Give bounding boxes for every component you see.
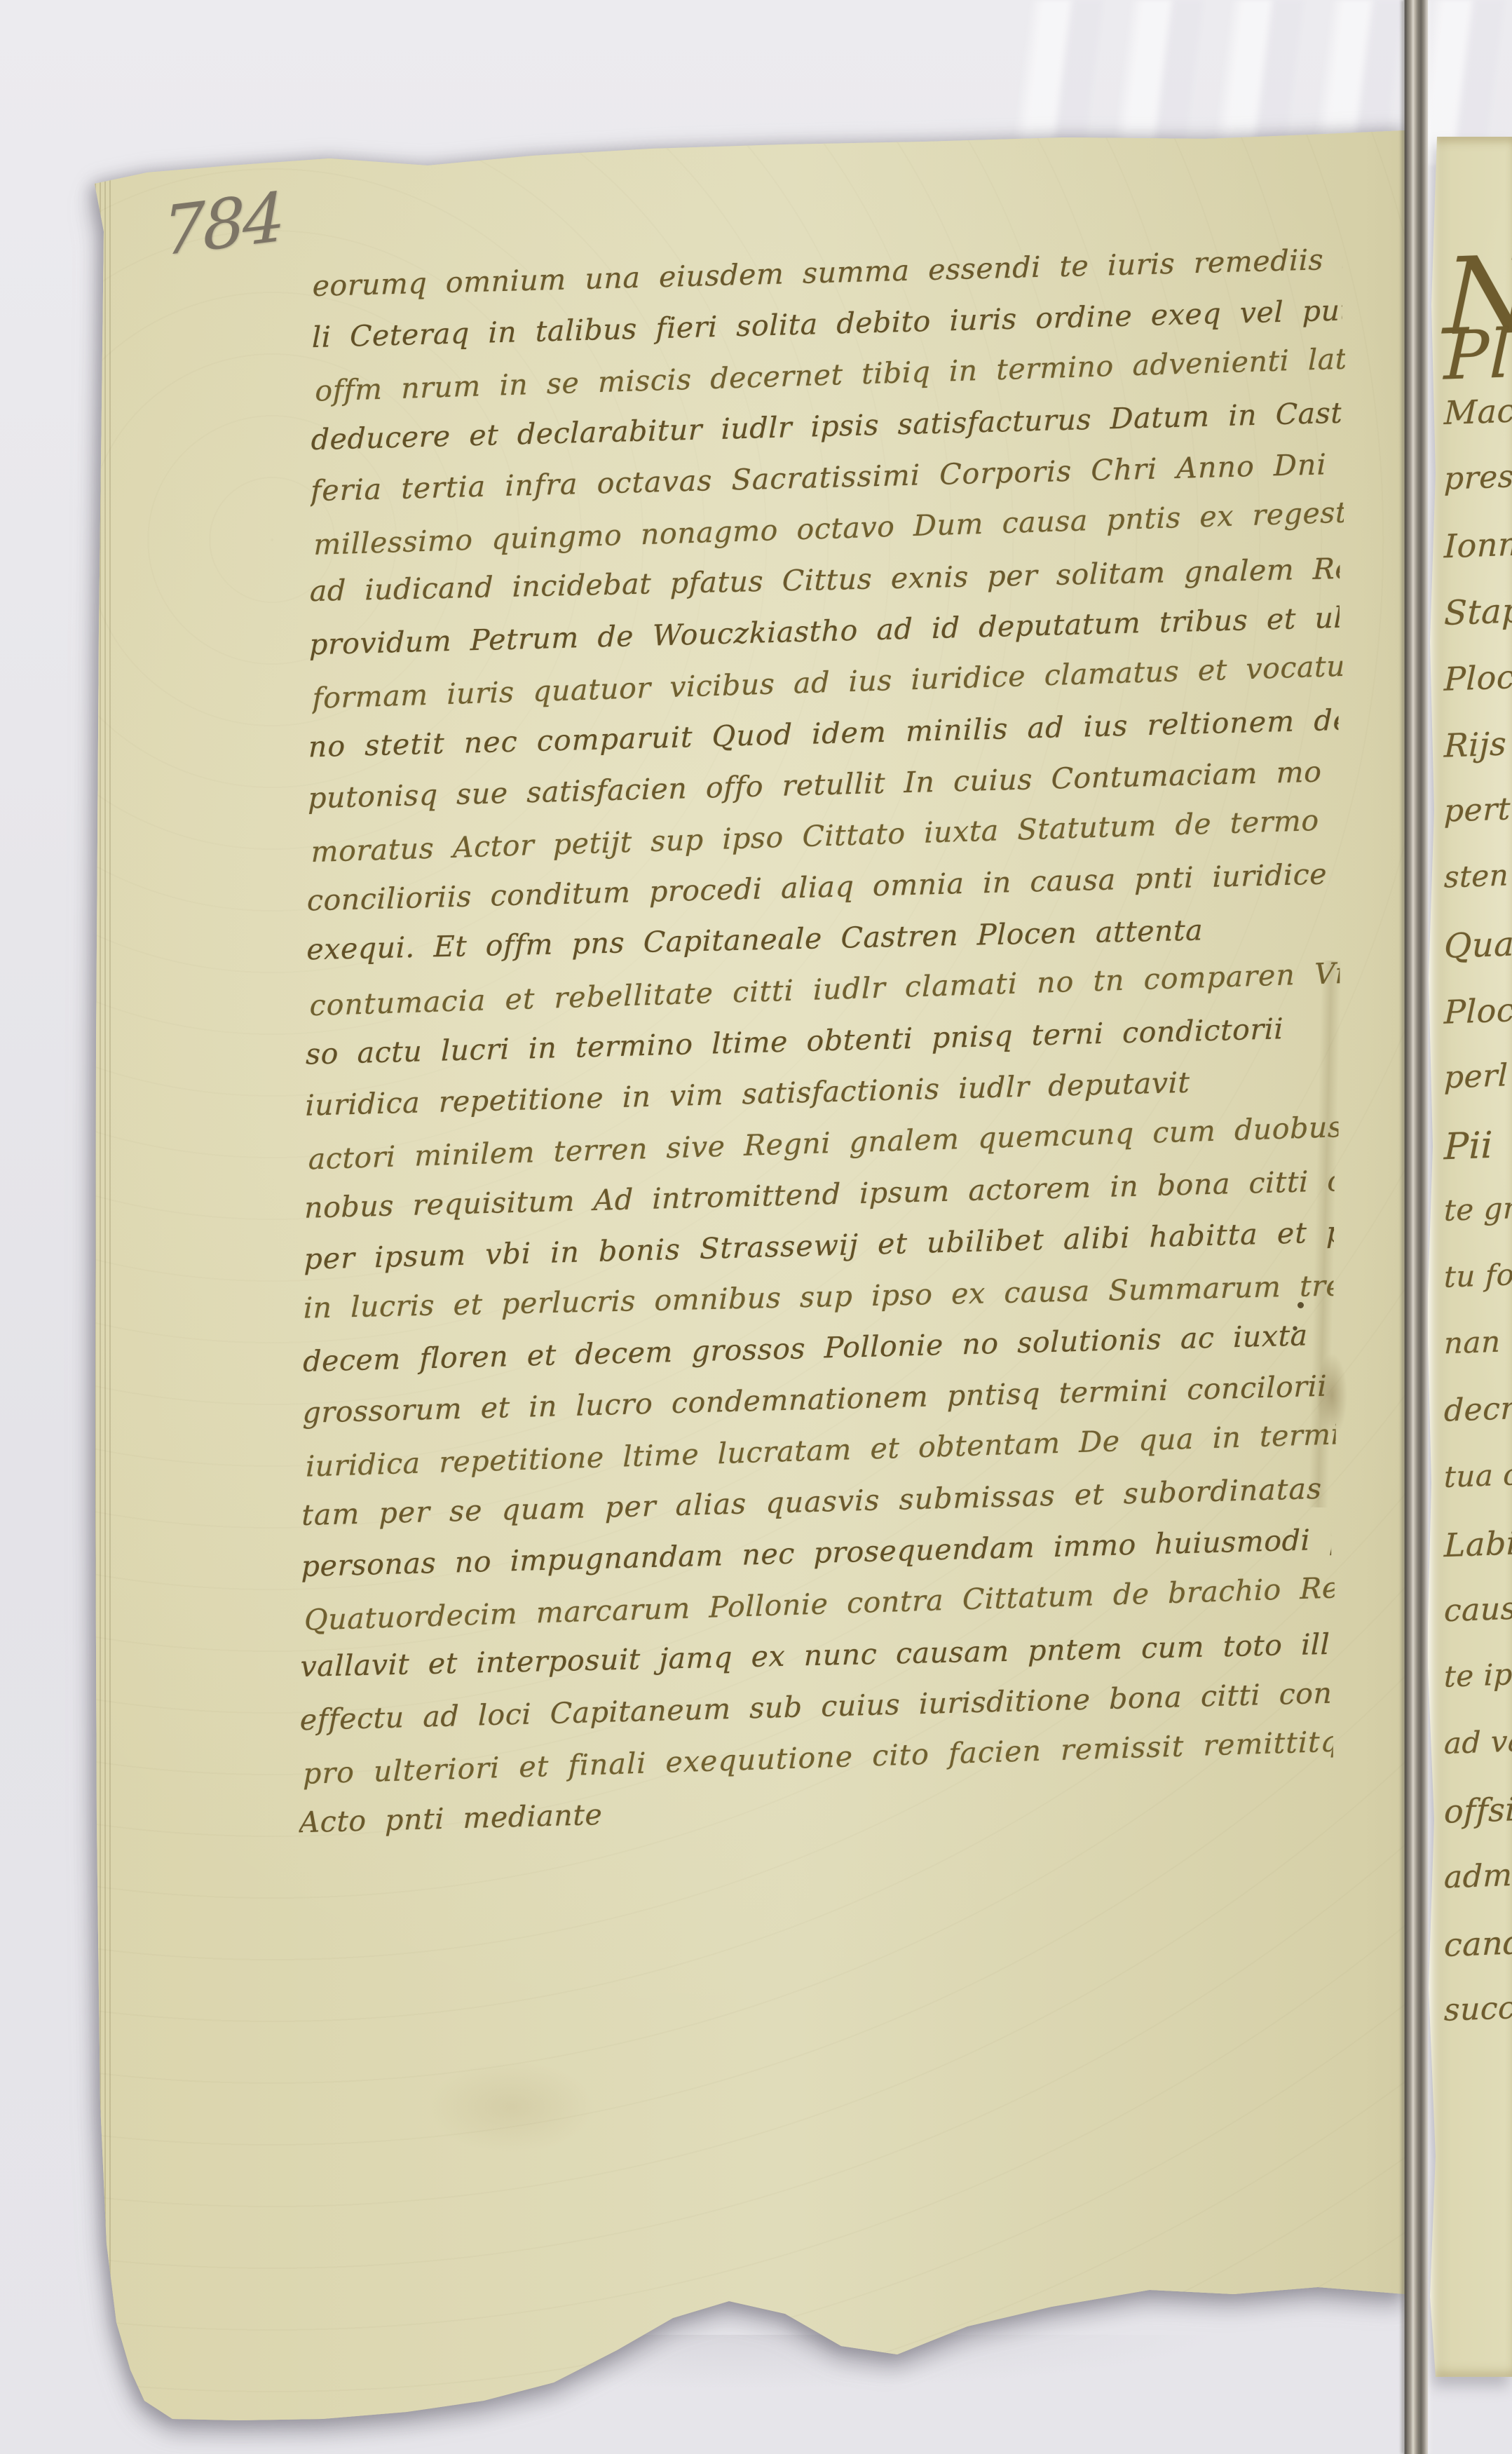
manuscript-line-fragment: Labil	[1444, 1524, 1512, 1564]
archival-photograph: 784 eorumq omnium una eiusdem summa esse…	[0, 0, 1512, 2454]
manuscript-line-fragment: Ploc	[1444, 658, 1512, 698]
manuscript-line-fragment: presen	[1444, 457, 1512, 496]
page-edge-stack	[95, 168, 114, 2419]
manuscript-left-page: 784 eorumq omnium una eiusdem summa esse…	[0, 0, 1512, 2454]
glass-clamp-bar	[1403, 0, 1428, 2454]
right-page-paper: NPlosMacipresenIonnsStapPlocRijspertsten…	[1426, 137, 1512, 2377]
manuscript-line-fragment: te ip	[1444, 1657, 1512, 1693]
manuscript-line-fragment: Rijs	[1444, 724, 1507, 764]
manuscript-line-fragment: perl	[1444, 1057, 1508, 1095]
foxing-stain	[428, 2061, 596, 2153]
manuscript-line-fragment: nan	[1444, 1324, 1501, 1361]
manuscript-line-fragment: tu fo	[1444, 1257, 1512, 1294]
manuscript-line-fragment: causa	[1444, 1590, 1512, 1629]
manuscript-line-fragment: Qual	[1444, 924, 1512, 966]
manuscript-line-fragment: Plos	[1443, 313, 1512, 395]
manuscript-line-fragment: offsi	[1444, 1790, 1512, 1831]
manuscript-line-fragment: Ploc	[1444, 991, 1512, 1031]
manuscript-line-fragment: tua o	[1444, 1457, 1512, 1494]
manuscript-text-block: eorumq omnium una eiusdem summa essendi …	[299, 234, 1342, 1849]
manuscript-line-fragment: decr	[1444, 1390, 1512, 1429]
manuscript-line-fragment: Pii	[1443, 1125, 1493, 1169]
manuscript-line-fragment: te gr	[1444, 1191, 1512, 1228]
manuscript-line-fragment: sten	[1444, 857, 1509, 894]
manuscript-line-fragment: ad va	[1444, 1723, 1512, 1761]
folio-number: 784	[163, 183, 283, 265]
manuscript-line-fragment: Stap	[1444, 591, 1512, 633]
manuscript-line-fragment: Ionns	[1444, 524, 1512, 566]
left-page-paper: 784 eorumq omnium una eiusdem summa esse…	[0, 0, 1512, 2454]
manuscript-line-fragment: pert	[1444, 791, 1511, 829]
manuscript-right-page: NPlosMacipresenIonnsStapPlocRijspertsten…	[1426, 137, 1512, 2377]
manuscript-line-fragment: Maci	[1444, 391, 1512, 432]
manuscript-line-fragment: succ	[1444, 1990, 1512, 2028]
manuscript-line-fragment: admis	[1444, 1857, 1512, 1896]
manuscript-line-fragment: cand	[1444, 1923, 1512, 1964]
